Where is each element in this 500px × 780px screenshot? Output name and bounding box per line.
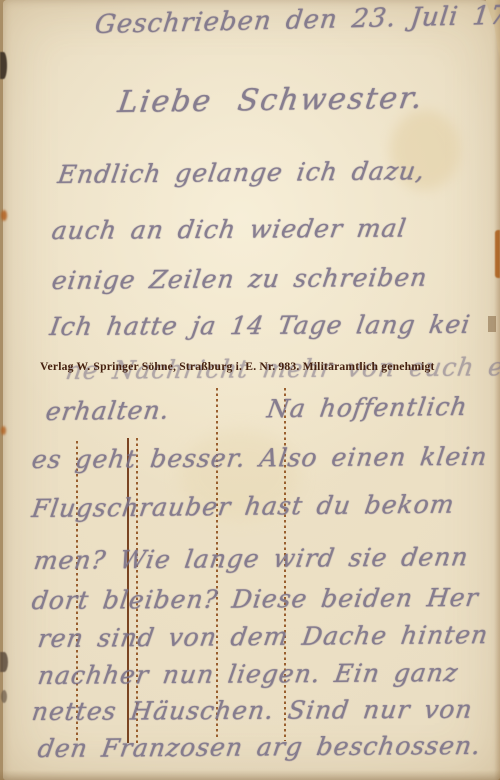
handwriting-line: Flugschrauber hast du bekom (30, 492, 456, 521)
handwriting-line: ren sind von dem Dache hinten (36, 622, 490, 651)
scanned-postcard-back: Geschrieben den 23. Juli 17. Liebe Schwe… (0, 0, 500, 780)
handwriting-line: es geht besser. Also einen klein (30, 444, 489, 472)
handwriting-line: Ich hatte ja 14 Tage lang kei (48, 312, 472, 339)
publisher-imprint: Verlag W. Springer Söhne, Straßburg i. E… (40, 360, 435, 373)
handwriting-line: den Franzosen arg beschossen. (36, 733, 483, 761)
handwritten-greeting: Liebe Schwester. (116, 84, 426, 118)
handwriting-line: erhalten. Na hoffentlich (44, 394, 469, 424)
handwriting-line: nachher nun liegen. Ein ganz (36, 660, 460, 688)
handwriting-line: dort bleiben? Diese beiden Her (30, 585, 480, 613)
handwriting-line: men? Wie lange wird sie denn (32, 544, 470, 573)
handwriting-line: einige Zeilen zu schreiben (50, 265, 429, 293)
handwriting-line: auch an dich wieder mal (50, 216, 408, 244)
handwriting-line: nettes Häuschen. Sind nur von (30, 697, 474, 724)
handwriting-line: Endlich gelange ich dazu, (56, 158, 427, 187)
